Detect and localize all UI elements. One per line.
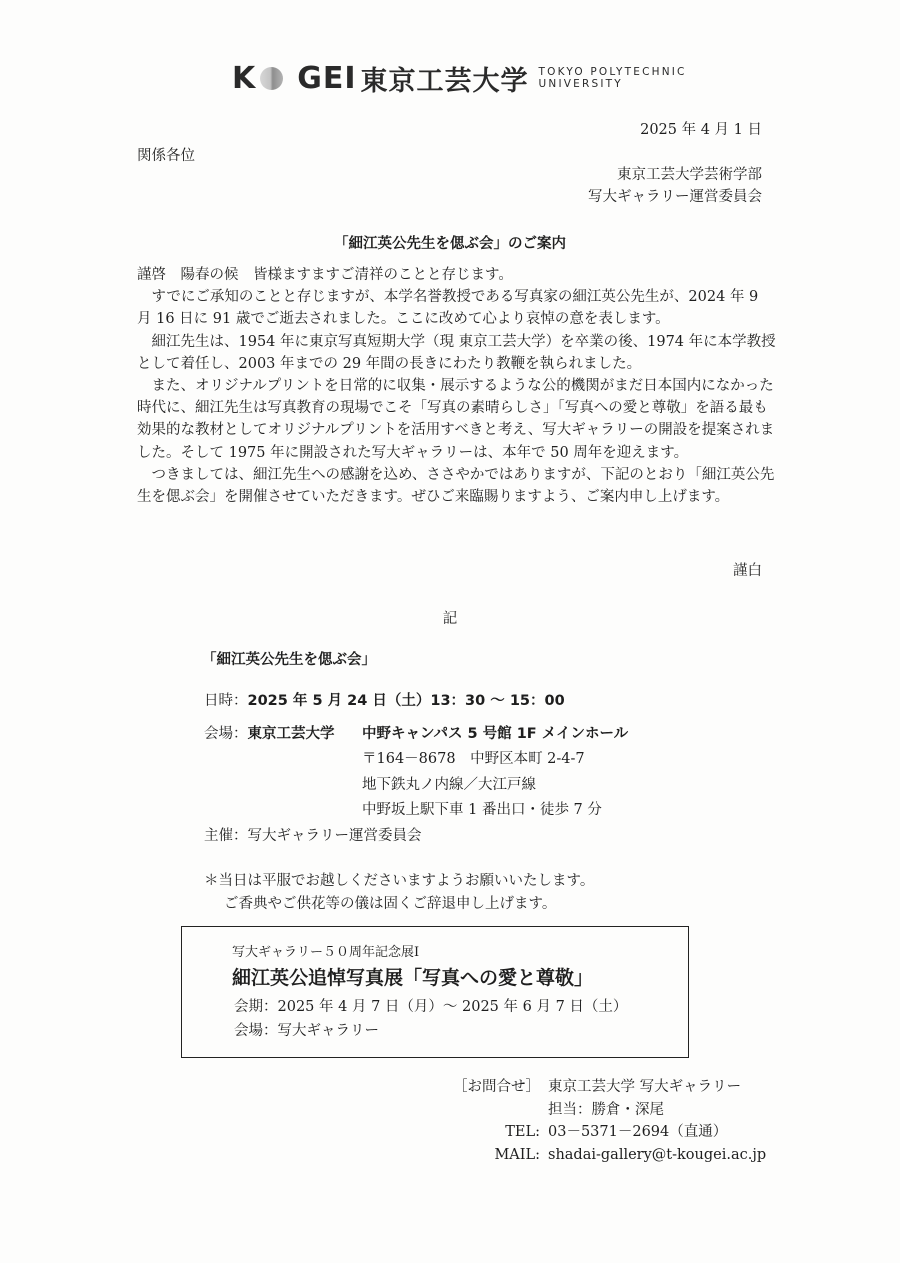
body-paragraph: すでにご承知のことと存じますが、本学名誉教授である写真家の細江英公先生が、202…: [137, 286, 777, 330]
body-paragraph: 細江先生は、1954 年に東京写真短期大学（現 東京工芸大学）を卒業の後、197…: [137, 331, 777, 375]
period-value: 2025 年 4 月 7 日（月）～ 2025 年 6 月 7 日（土）: [278, 999, 628, 1015]
note-line-1: ＊当日は平服でお越しくださいますようお願いいたします。: [204, 869, 594, 890]
body-paragraph: また、オリジナルプリントを日常的に収集・展示するような公的機関がまだ日本国内にな…: [137, 375, 777, 464]
logo-mark-k: K: [232, 61, 256, 96]
venue-hall: 中野キャンパス 5 号館 1F メインホール: [362, 722, 628, 743]
event-name: 「細江英公先生を偲ぶ会」: [202, 648, 376, 669]
event-datetime: 日時：2025 年 5 月 24 日（土）13：30 ～ 15：00: [204, 689, 565, 710]
letter-date: 2025 年 4 月 1 日: [640, 118, 762, 139]
logo-name-en-line2: UNIVERSITY: [539, 78, 623, 90]
exhibition-period: 会期：2025 年 4 月 7 日（月）～ 2025 年 6 月 7 日（土）: [234, 995, 627, 1016]
logo-mark-gei: GEI: [297, 61, 356, 96]
period-label: 会期：: [234, 999, 278, 1015]
tel-value: 03－5371－2694（直通）: [548, 1121, 766, 1144]
ki-heading: 記: [0, 607, 900, 628]
exhibition-box: 写大ギャラリー５０周年記念展Ⅰ 細江英公追悼写真展「写真への愛と尊敬」 会期：2…: [181, 926, 689, 1058]
datetime-label: 日時：: [204, 693, 248, 709]
recipient: 関係各位: [137, 144, 195, 165]
exhibit-venue-label: 会場：: [234, 1023, 278, 1039]
exhibit-venue-value: 写大ギャラリー: [278, 1023, 380, 1039]
organizer-value: 写大ギャラリー運営委員会: [248, 828, 422, 844]
sender-line-1: 東京工芸大学芸術学部: [617, 163, 762, 184]
person-value: 担当：勝倉・深尾: [548, 1099, 766, 1122]
logo-name-en: TOKYO POLYTECHNIC UNIVERSITY: [539, 66, 687, 90]
person-label-spacer: [440, 1099, 540, 1122]
note-line-2: ご香典やご供花等の儀は固くご辞退申し上げます。: [224, 892, 556, 913]
body-paragraph: つきましては、細江先生への感謝を込め、ささやかではありますが、下記のとおり「細江…: [137, 464, 777, 508]
tel-label: TEL:: [440, 1121, 540, 1144]
venue-address: 〒164－8678 中野区本町 2-4-7: [362, 747, 585, 768]
venue-university: 東京工芸大学: [248, 726, 335, 742]
venue-access-1: 地下鉄丸ノ内線／大江戸線: [362, 773, 536, 794]
letter-body: 謹啓 陽春の候 皆様ますますご清祥のことと存じます。 すでにご承知のことと存じま…: [137, 264, 777, 508]
exhibition-title: 細江英公追悼写真展「写真への愛と尊敬」: [232, 963, 593, 990]
venue-access-2: 中野坂上駅下車 1 番出口・徒歩 7 分: [362, 798, 602, 819]
inquiry-label: ［お問合せ］: [440, 1076, 540, 1099]
datetime-value: 2025 年 5 月 24 日（土）13：30 ～ 15：00: [248, 693, 565, 709]
venue-label-row: 会場：東京工芸大学: [204, 722, 335, 743]
closing-kinpaku: 謹白: [733, 559, 762, 580]
logo-circle-icon: [260, 67, 283, 90]
organizer: 主催：写大ギャラリー運営委員会: [204, 824, 422, 845]
logo-name-jp: 東京工芸大学: [361, 59, 529, 98]
body-paragraph: 謹啓 陽春の候 皆様ますますご清祥のことと存じます。: [137, 264, 777, 286]
university-logo: K GEI 東京工芸大学 TOKYO POLYTECHNIC UNIVERSIT…: [232, 58, 687, 98]
exhibition-venue: 会場：写大ギャラリー: [234, 1019, 379, 1040]
organizer-label: 主催：: [204, 828, 248, 844]
sender-line-2: 写大ギャラリー運営委員会: [588, 185, 762, 206]
mail-label: MAIL:: [440, 1144, 540, 1167]
logo-name-en-line1: TOKYO POLYTECHNIC: [539, 66, 687, 78]
exhibition-subtitle: 写大ギャラリー５０周年記念展Ⅰ: [232, 941, 419, 960]
venue-label: 会場：: [204, 726, 248, 742]
letter-title: 「細江英公先生を偲ぶ会」のご案内: [0, 232, 900, 253]
mail-link[interactable]: shadai-gallery@t-kougei.ac.jp: [548, 1144, 766, 1167]
inquiry-value: 東京工芸大学 写大ギャラリー: [548, 1076, 766, 1099]
contact-info: ［お問合せ］ 東京工芸大学 写大ギャラリー 担当：勝倉・深尾 TEL: 03－5…: [440, 1076, 766, 1166]
